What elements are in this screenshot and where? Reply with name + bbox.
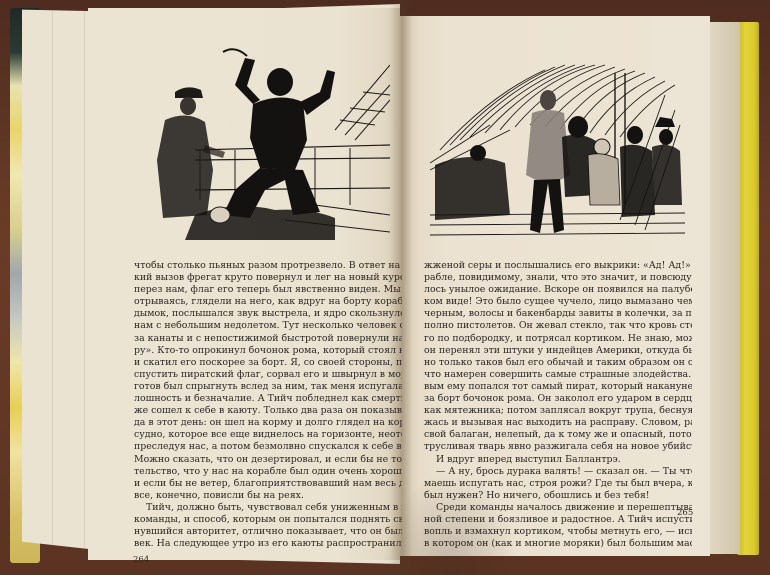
- text-line: ком виде! Это было сущее чучело, лицо вы…: [424, 296, 692, 308]
- text-line: перез нам, флаг его теперь был явственно…: [134, 284, 402, 296]
- text-line: да в этот день: он шел на корму и долго …: [134, 417, 402, 429]
- text-line: что намерен совершить самые страшные зло…: [424, 369, 692, 381]
- text-line: свой балаган, нелепый, да к тому же и оп…: [424, 429, 692, 441]
- text-line: спустить пиратский флаг, сорвал его и шв…: [134, 369, 402, 381]
- text-line: жась и вызывая нас выходить на расправу.…: [424, 417, 692, 429]
- text-line: дымок, послышался звук выстрела, и ядро …: [134, 308, 402, 320]
- text-line: вопль и взмахнул кортиком, чтобы метнуть…: [424, 526, 692, 538]
- text-line: Тийч, должно быть, чувствовал себя униже…: [134, 502, 402, 514]
- text-line: Можно сказать, что он дезертировал, и ес…: [134, 454, 402, 466]
- text-line: судно, которое все еще виднелось на гори…: [134, 429, 402, 441]
- left-page-text: чтобы столько пьяных разом протрезвело. …: [134, 260, 402, 550]
- text-line: все, конечно, повисли бы на реях.: [134, 490, 402, 502]
- right-page-text: жженой серы и послышались его выкрики: «…: [424, 260, 692, 550]
- ship-crew-illustration: [430, 55, 685, 245]
- text-line: за канаты и с непостижимой быстротой пов…: [134, 333, 402, 345]
- text-line: готов был спрыгнуть вслед за ним, так ме…: [134, 381, 402, 393]
- text-line: век. На следующее утро из его каюты расп…: [134, 538, 402, 550]
- text-line: и скатил его поскорее за борт. Я, со сво…: [134, 357, 402, 369]
- text-line: тельство, что у нас на корабле был один …: [134, 466, 402, 478]
- text-line: жженой серы и послышались его выкрики: «…: [424, 260, 692, 272]
- text-line: он перенял эти штуки у индейцев Америки,…: [424, 345, 692, 357]
- book-cover-right-edge: [737, 22, 759, 555]
- text-line: команды, и способ, которым он попытался …: [134, 514, 402, 526]
- text-line: рабле, повидимому, знали, что это значит…: [424, 272, 692, 284]
- text-line: полно пистолетов. Он жевал стекло, так ч…: [424, 320, 692, 332]
- text-line: преследуя нас, а потом безмолвно спускал…: [134, 441, 402, 453]
- text-line: ной степени и боязливое и радостное. А Т…: [424, 514, 692, 526]
- page-number-right: 265: [677, 508, 693, 518]
- text-line: Среди команды началось движение и переше…: [424, 502, 692, 514]
- text-line: — А ну, брось дурака валять! — сказал он…: [424, 466, 692, 478]
- text-line: го по подбородку, и потрясал кортиком. Н…: [424, 333, 692, 345]
- pirate-illustration: [135, 40, 390, 245]
- text-line: был нужен? Но ничего, обошлись и без теб…: [424, 490, 692, 502]
- text-line: нувшийся авторитет, отлично показывает, …: [134, 526, 402, 538]
- page-number-left: 264: [133, 555, 149, 565]
- text-line: же сошел к себе в каюту. Только два раза…: [134, 405, 402, 417]
- right-page-stack: [706, 22, 740, 554]
- text-line: как мятежника; потом заплясал вокруг тру…: [424, 405, 692, 417]
- text-line: отрываясь, глядели на него, как вдруг на…: [134, 296, 402, 308]
- text-line: трусливая тварь явно разжигала себя на н…: [424, 441, 692, 453]
- text-line: за борт бочонок рома. Он заколол его уда…: [424, 393, 692, 405]
- text-line: чтобы столько пьяных разом протрезвело. …: [134, 260, 402, 272]
- text-line: И вдруг вперед выступил Баллантрэ.: [424, 454, 692, 466]
- text-line: лошность и безначалие. А Тийч побледнел …: [134, 393, 402, 405]
- text-line: нам с небольшим недолетом. Тут несколько…: [134, 320, 402, 332]
- text-line: маешь испугать нас, строя рожи? Где ты б…: [424, 478, 692, 490]
- text-line: в котором он (как и многие моряки) был б…: [424, 538, 692, 550]
- text-line: но только таков был его обычай и таким о…: [424, 357, 692, 369]
- text-line: кий вызов фрегат круто повернул и лег на…: [134, 272, 402, 284]
- text-line: и если бы не ветер, благоприятствовавший…: [134, 478, 402, 490]
- text-line: ру». Кто-то опрокинул бочонок рома, кото…: [134, 345, 402, 357]
- text-line: черным, волосы и бакенбарды завиты в кол…: [424, 308, 692, 320]
- text-line: лось унылое ожидание. Вскоре он появился…: [424, 284, 692, 296]
- text-line: вым ему попался тот самый пират, который…: [424, 381, 692, 393]
